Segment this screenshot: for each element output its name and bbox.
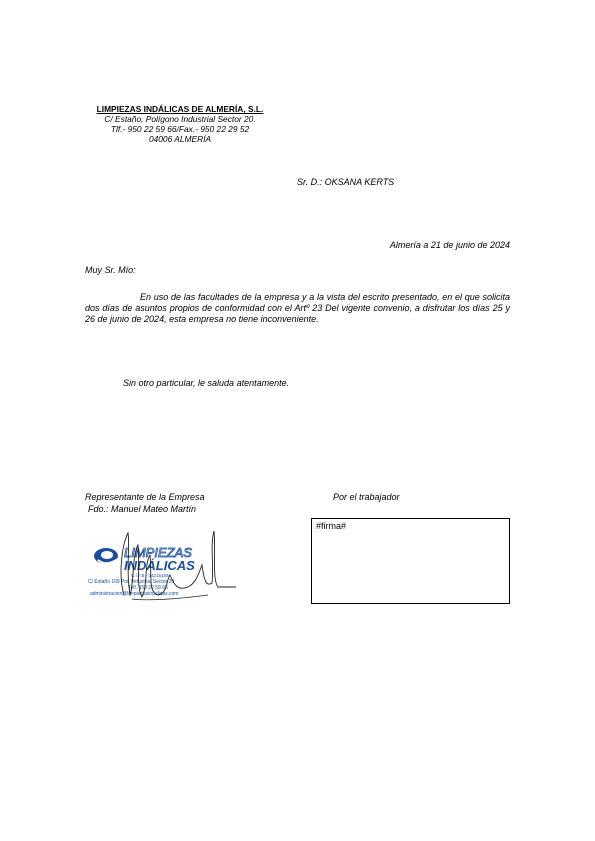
company-address: C/ Estaño, Polígono Industrial Sector 20… — [84, 114, 276, 124]
salutation: Muy Sr. Mío: — [85, 265, 136, 276]
recipient: Sr. D.: OKSANA KERTS — [297, 177, 394, 188]
closing: Sin otro particular, le saluda atentamen… — [123, 378, 289, 389]
body-text: En uso de las facultades de la empresa y… — [85, 292, 510, 325]
svg-text:C.I.F.B - 04215159: C.I.F.B - 04215159 — [131, 573, 169, 578]
letterhead: LIMPIEZAS INDÁLICAS DE ALMERÍA, S.L. C/ … — [84, 104, 276, 144]
company-signer-name: Fdo.: Manuel Mateo Martín — [88, 504, 196, 515]
letter-date: Almería a 21 de junio de 2024 — [390, 240, 510, 251]
company-phone: Tlf.- 950 22 59 66/Fax.- 950 22 29 52 — [84, 124, 276, 134]
company-city: 04006 ALMERÍA — [84, 134, 276, 144]
body-paragraph: En uso de las facultades de la empresa y… — [85, 292, 510, 325]
svg-text:administracion@limpiezasindali: administracion@limpiezasindalicas.com — [90, 591, 178, 597]
company-logo-icon: LIMPIEZAS INDÁLICAS C.I.F.B - 04215159 C… — [88, 525, 238, 605]
worker-signature-title: Por el trabajador — [333, 492, 400, 503]
worker-signature-box[interactable]: #firma# — [311, 518, 510, 604]
company-name: LIMPIEZAS INDÁLICAS DE ALMERÍA, S.L. — [84, 104, 276, 114]
company-stamp: LIMPIEZAS INDÁLICAS C.I.F.B - 04215159 C… — [88, 525, 238, 605]
signature-placeholder: #firma# — [316, 521, 346, 531]
company-representative-title: Representante de la Empresa — [85, 492, 205, 503]
